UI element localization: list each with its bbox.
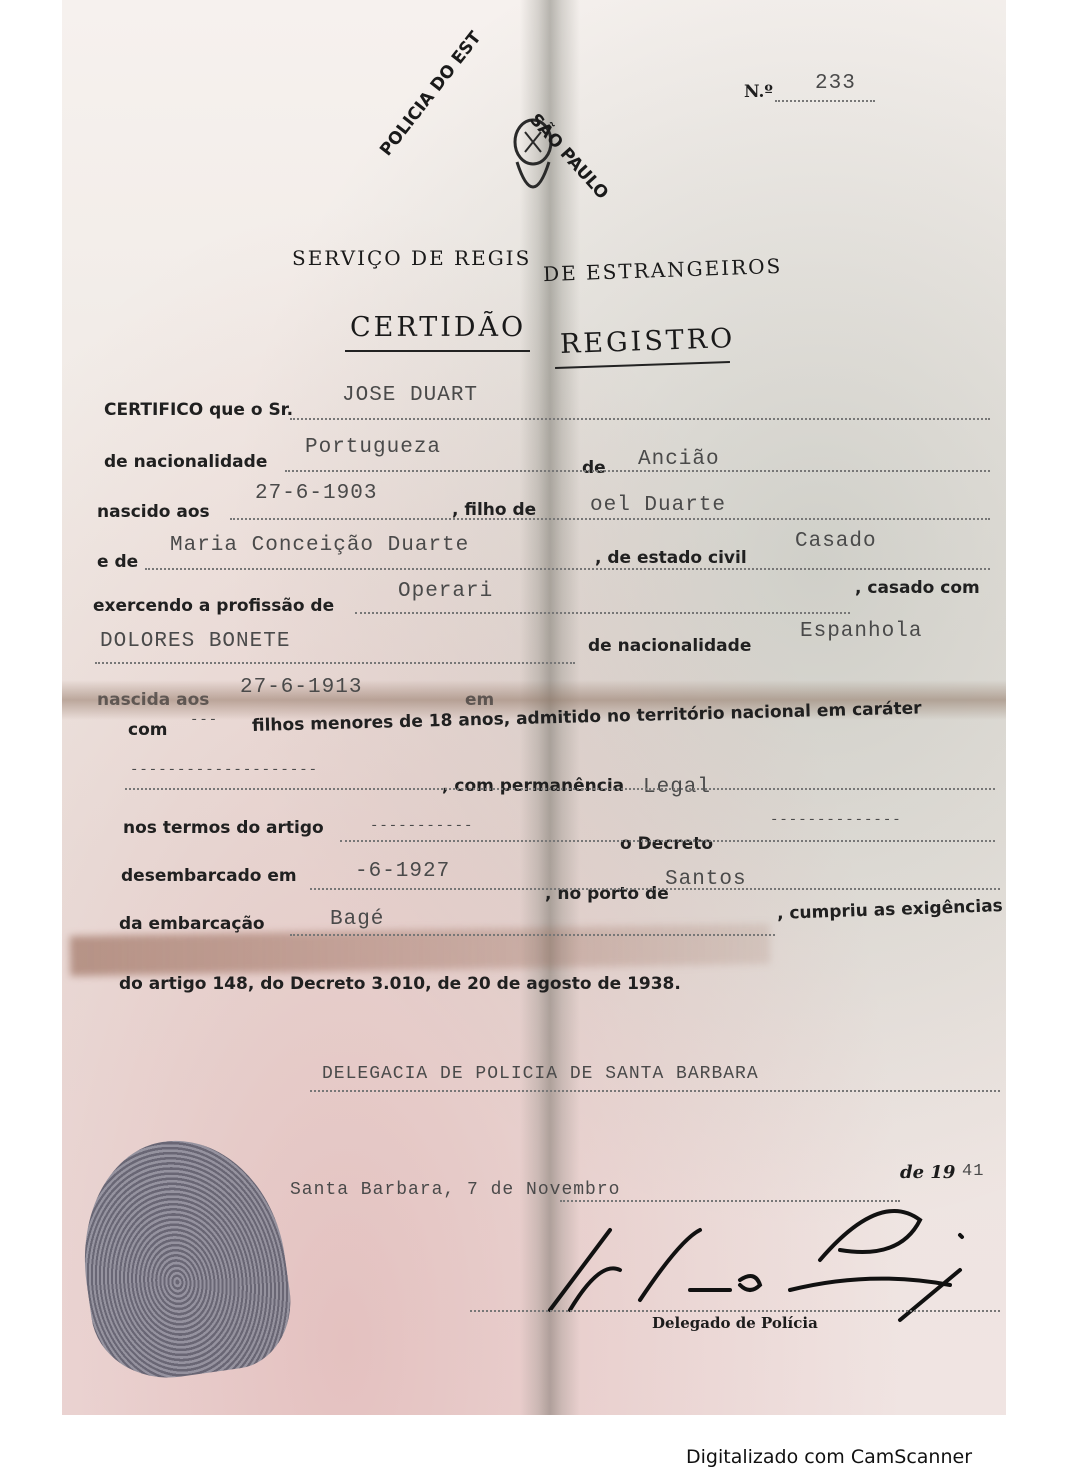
row-3-value: Maria Conceição Duarte: [170, 534, 469, 557]
row-10-label: desembarcado em: [121, 866, 297, 886]
row-6-label2: em: [465, 690, 494, 710]
camscanner-watermark: Digitalizado com CamScanner: [686, 1446, 972, 1468]
row-0-label: CERTIFICO que o Sr.: [104, 400, 293, 420]
row-5-dots: [95, 662, 575, 664]
row-3-label: e de: [97, 552, 138, 572]
signature-title: Delegado de Polícia: [652, 1314, 818, 1332]
row-10-value: -6-1927: [355, 860, 450, 883]
row-2-label2: , filho de: [452, 500, 536, 520]
row-6-label: nascida aos: [97, 690, 209, 710]
row-4-label: exercendo a profissão de: [93, 596, 334, 616]
row-2-value2: oel Duarte: [590, 494, 726, 517]
row-6-value: 27-6-1913: [240, 676, 362, 699]
row-10-dots: [310, 888, 1000, 890]
row-4-label2: , casado com: [855, 578, 980, 598]
row-1-label2: de: [582, 458, 606, 478]
number-label: N.º: [744, 82, 773, 102]
service-left: SERVIÇO DE REGIS: [292, 246, 531, 270]
row-7-value: ---: [190, 712, 218, 728]
delegacia-dots: [310, 1090, 1000, 1092]
signature-dots: [470, 1310, 1000, 1312]
row-5-label2: de nacionalidade: [588, 636, 751, 656]
row-1-label: de nacionalidade: [104, 452, 267, 472]
row-2-label: nascido aos: [97, 502, 210, 522]
row-7-label: com: [128, 720, 167, 740]
number-value: 233: [815, 72, 856, 95]
row-11-label: da embarcação: [119, 914, 265, 934]
row-0-dots: [290, 418, 990, 420]
row-12-label: do artigo 148, do Decreto 3.010, de 20 d…: [119, 974, 681, 994]
year-value: 41: [962, 1162, 984, 1181]
row-1-value: Portugueza: [305, 436, 441, 459]
row-0-value: JOSE DUART: [342, 384, 478, 407]
row-1-dots: [285, 470, 990, 472]
row-4-dots: [355, 612, 850, 614]
row-3-value2: Casado: [795, 530, 877, 553]
row-9-value2: --------------: [770, 812, 902, 828]
place-date: Santa Barbara, 7 de Novembro: [290, 1180, 620, 1200]
row-1-value2: Ancião: [638, 448, 720, 471]
row-5-value2: Espanhola: [800, 620, 922, 643]
row-3-dots: [145, 568, 990, 570]
number-dots: [775, 100, 875, 102]
title-underline-left: [345, 350, 530, 352]
row-9-label: nos termos do artigo: [123, 818, 324, 838]
row-4-value: Operari: [398, 580, 493, 603]
row-9-label2: o Decreto: [620, 834, 713, 854]
row-8-label2: , com permanência: [442, 776, 624, 796]
row-9-dots: [340, 840, 995, 842]
row-10-label2: , no porto de: [545, 884, 669, 904]
row-2-dots: [230, 518, 990, 520]
year-label: de 19: [900, 1162, 955, 1183]
row-3-label2: , de estado civil: [595, 548, 747, 568]
delegacia-text: DELEGACIA DE POLICIA DE SANTA BARBARA: [322, 1064, 759, 1084]
row-11-value: Bagé: [330, 908, 384, 931]
row-8-value: --------------------: [130, 762, 318, 778]
row-8-dots: [125, 788, 995, 790]
title-left: CERTIDÃO: [350, 312, 526, 343]
row-5-value: DOLORES BONETE: [100, 630, 290, 653]
row-9-value: -----------: [370, 818, 473, 834]
title-right: REGISTRO: [560, 323, 736, 360]
row-2-value: 27-6-1903: [255, 482, 377, 505]
row-11-dots: [290, 934, 775, 936]
